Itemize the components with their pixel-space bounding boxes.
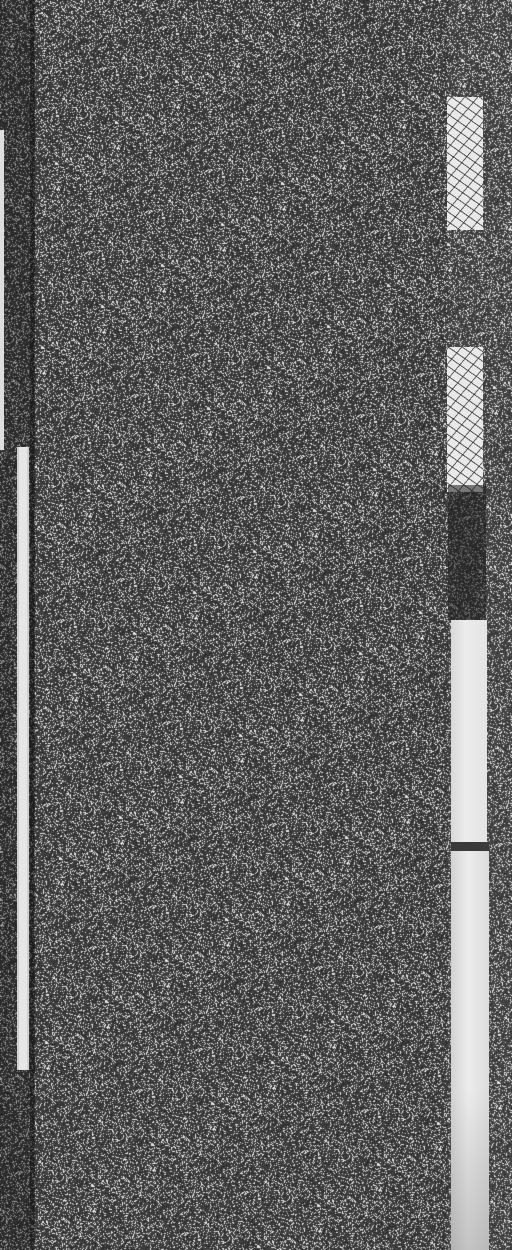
left-edge-line [17, 447, 29, 1070]
left-pavement-seam [30, 0, 35, 1250]
left-edge-line-top [0, 130, 4, 450]
lane-line-gap [451, 842, 489, 851]
lane-line-segment-2 [451, 851, 489, 1250]
lane-dash-2 [447, 347, 483, 492]
lane-line-segment-1 [451, 620, 487, 842]
asphalt-texture [0, 0, 512, 1250]
lane-dash-1 [447, 97, 483, 230]
road-surface [0, 0, 512, 1250]
pavement-patch [448, 485, 486, 620]
